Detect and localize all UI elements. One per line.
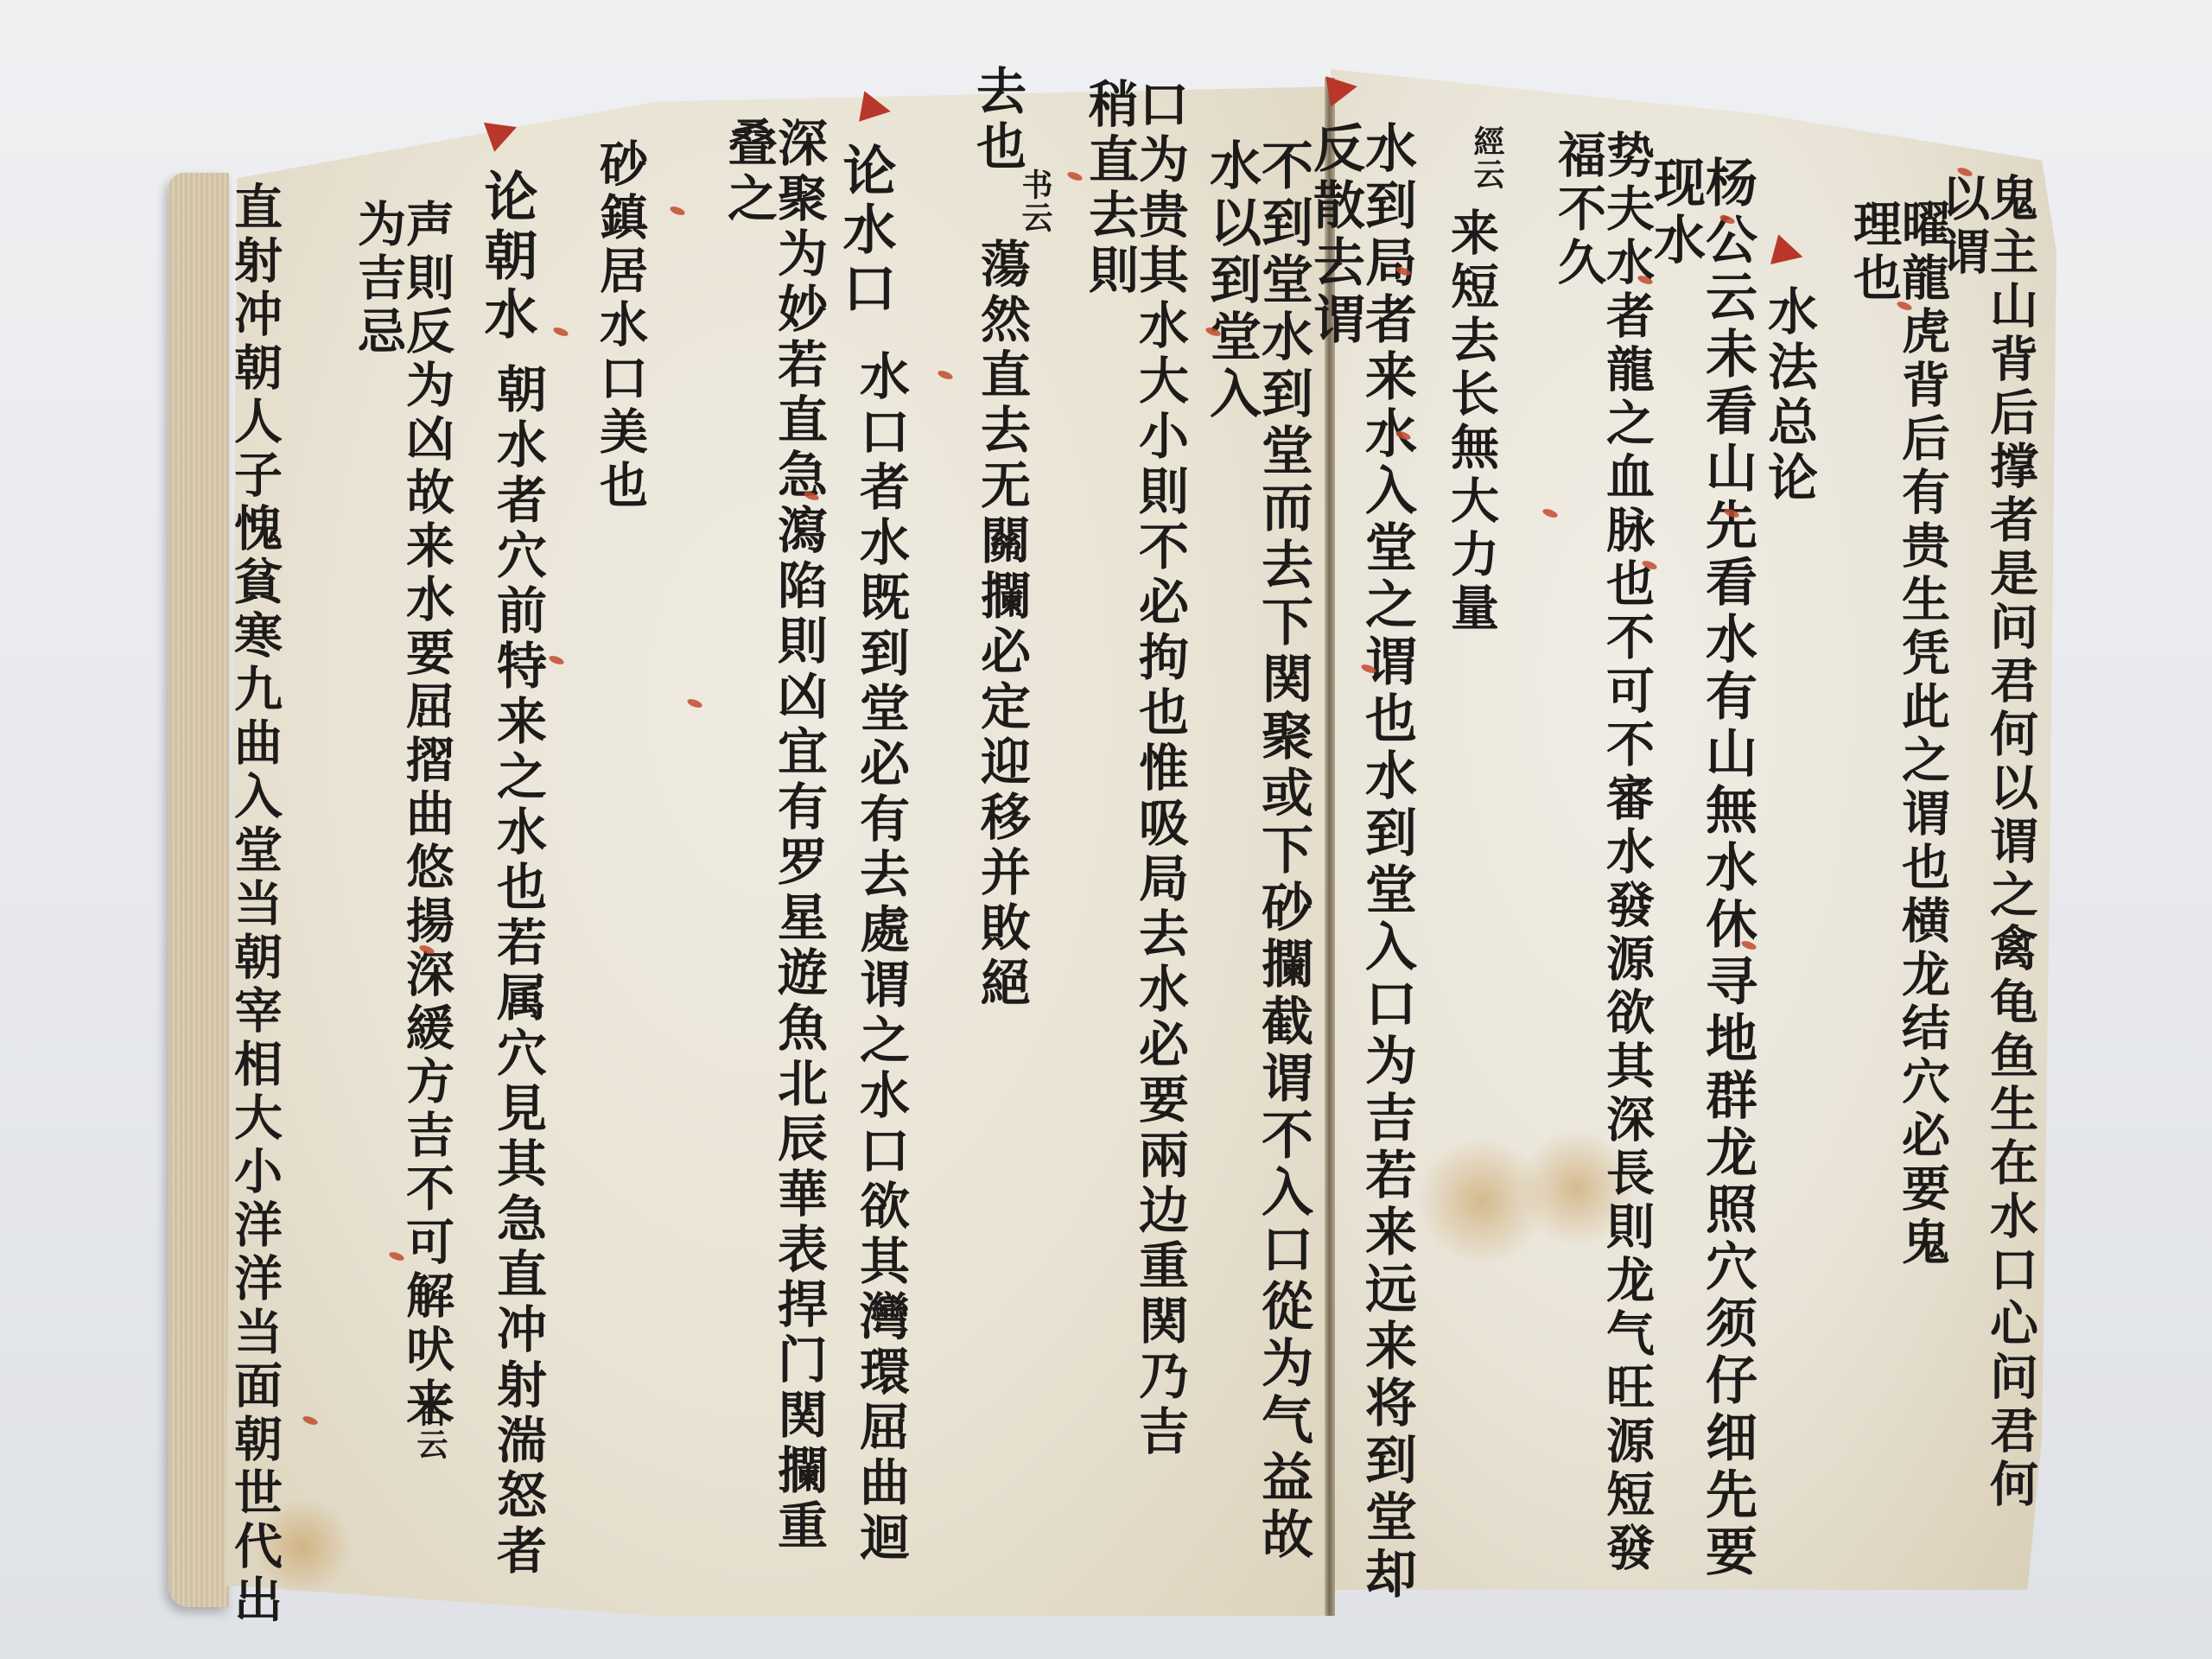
note-label: 經云	[1471, 125, 1503, 191]
text-column: 声則反为凶故来水要屈摺曲悠揚深緩方吉不可解吠来为吉忌	[354, 199, 451, 1452]
section-heading: 水法总论	[1764, 285, 1814, 506]
text-column: 去也	[972, 65, 1022, 175]
text-column: 深聚为妙若直急瀉陷則凶宜有罗星遊魚北辰華表捍门関攔重叠之	[723, 117, 823, 1603]
text-column: 朝水者穴前特来之水也若属穴見其急直冲射湍怒者	[493, 363, 543, 1642]
text-column: 蕩然直去无關攔必定迎移并敗絕	[976, 238, 1027, 1102]
text-column: 鬼主山背后撑者是问君何以谓之禽龟鱼生在水口心问君何以谓	[1938, 173, 2035, 1521]
section-heading: 论朝水	[480, 168, 533, 345]
text-column: 口为贵其水大小則不必拘也惟吸局去水必要兩边重関乃吉稍直去則	[1084, 78, 1185, 1503]
text-column: 不到堂水到堂而去下関聚或下砂攔截谓不入口從为气益故水以到堂入	[1205, 138, 1309, 1607]
open-book: 鬼主山背后撑者是问君何以谓之禽龟鱼生在水口心问君何以谓 曜龍虎背后有贵生凭此之谓…	[168, 60, 2056, 1611]
red-section-marker-icon	[1325, 71, 1360, 106]
page-stack-edge	[168, 173, 229, 1607]
red-section-marker-icon	[859, 91, 893, 126]
text-column: 杨公云未看山先看水有山無水休寻地群龙照穴须仔细先要现水	[1649, 156, 1753, 1624]
text-column: 水口者水既到堂必有去處谓之水口欲其灣環屈曲迴	[855, 350, 906, 1646]
text-column: 砂鎮居水口美也	[596, 138, 645, 513]
text-column: 直射冲朝人子愧貧寒九曲入堂当朝宰相大小洋洋当面朝世代出	[231, 181, 279, 1633]
text-column: 水到局者来水入堂之谓也水到堂入口为吉若来远来将到堂却反散去谓	[1309, 121, 1413, 1607]
text-column: 势夫水者龍之血脉也不可不審水發源欲其深長則龙气旺源短發福不久	[1554, 130, 1651, 1616]
text-column: 来短去长無大力量	[1447, 207, 1496, 636]
section-heading: 论水口	[838, 143, 892, 319]
note-label: 古云	[415, 1395, 446, 1461]
text-column: 曜龍虎背后有贵生凭此之谓也横龙结穴必要鬼理也	[1850, 199, 1947, 1322]
note-label: 书云	[1020, 168, 1051, 234]
